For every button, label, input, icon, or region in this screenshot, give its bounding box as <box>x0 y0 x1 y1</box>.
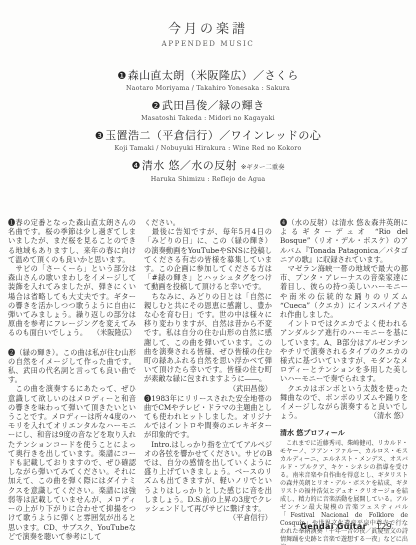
commentary-paragraph: ❹（水の反射）は清水 悠＆森井英朗によるギターデュオ “Rio del Bosq… <box>280 218 408 264</box>
item-number-badge: ❷ <box>152 101 161 112</box>
commentary-paragraph: ❷（緑の輝き）。この曲は私が住む山形の自然をイメージして作った曲です。私、武田の… <box>8 348 136 385</box>
paragraph-text: ❹（水の反射）は清水 悠＆森井英朗によるギターデュオ “Rio del Bosq… <box>280 218 408 264</box>
music-item-romaji: Naotaro Moriyama / Takahiro Yonesaka : S… <box>0 85 416 93</box>
music-item-title: ❸玉置浩二（平倉信行）／ワインレッドの心 <box>0 129 416 143</box>
music-item-romaji: Koji Tamaki / Nobuyuki Hirakura : Wine R… <box>0 145 416 153</box>
music-list: ❶森山直太朗（米阪隆広）／さくら Naotaro Moriyama / Taka… <box>0 69 416 184</box>
page-title: 今月の楽譜 <box>0 22 416 38</box>
paragraph-text: ちなみに、みどりの日とは「自然に親しむと共にその恩恵に感謝し、豊かな心を育む日」… <box>144 292 272 384</box>
music-item-title-text: 武田昌俊／緑の輝き <box>162 99 265 112</box>
music-list-item-3: ❸玉置浩二（平倉信行）／ワインレッドの心 Koji Tamaki / Nobuy… <box>0 129 416 153</box>
paragraph-text: サビの「さーくーら」という部分は森山さんの歌いまわしをイメージして装飾を入れてみ… <box>8 264 136 337</box>
commentary-paragraph: ❶春の定番となった森山直太朗さんの名曲です。桜の季節は少し過ぎてしまいましたが、… <box>8 218 136 264</box>
commentary-paragraph: サビの「さーくーら」という部分は森山さんの歌いまわしをイメージして装飾を入れてみ… <box>8 264 136 338</box>
paragraph-text: マゼラン海峡一帯の地域で最大の都市、プンタ・アレーナスの音楽家達に着目し、彼らの… <box>280 264 408 319</box>
commentary-paragraph: クエカはボンボという太鼓を使った舞曲なので、ボンボのリズムや踊りをイメージしなが… <box>280 384 408 421</box>
commentary-paragraph: ❸1983年にリリースされた安全地帯の曲でCMやテレビ・ドラマの主題曲としても使… <box>144 394 272 440</box>
paragraph-text: ❸1983年にリリースされた安全地帯の曲でCMやテレビ・ドラマの主題曲としても使… <box>144 394 272 440</box>
magazine-page: 今月の楽譜 APPENDED MUSIC ❶森山直太朗（米阪隆広）／さくら Na… <box>0 0 416 545</box>
page-footer: Gendai Guitar129 <box>300 522 392 531</box>
page-subtitle: APPENDED MUSIC <box>0 40 416 49</box>
text-column-2: ください。 最後に告知ですが、毎年5月4日の「みどりの日」に、この（緑の輝き）の… <box>144 218 272 545</box>
paragraph-text: この曲を演奏するにあたって、ぜひ意識して欲しいのはメロディーと和音の響きを味わっ… <box>8 384 136 540</box>
paragraph-text: イントロではクエカでよく使われるアンダルシア進行のハーモニーを基にしています。A… <box>280 319 408 383</box>
item-number-badge: ❶ <box>117 71 126 82</box>
text-column-3: ❹（水の反射）は清水 悠＆森井英朗によるギターデュオ “Rio del Bosq… <box>280 218 408 545</box>
music-item-title: ❶森山直太朗（米阪隆広）／さくら <box>0 69 416 83</box>
commentary-columns: ❶春の定番となった森山直太朗さんの名曲です。桜の季節は少し過ぎてしまいましたが、… <box>8 218 408 545</box>
music-item-title: ❷武田昌俊／緑の輝き <box>0 99 416 113</box>
page-header: 今月の楽譜 APPENDED MUSIC <box>0 0 416 49</box>
music-item-romaji: Masatoshi Takeda : Midori no Kagayaki <box>0 115 416 123</box>
music-item-title-text: 清水 悠／水の反射 <box>142 159 237 172</box>
magazine-name: Gendai Guitar <box>300 522 366 531</box>
author-credit: （米阪隆広） <box>93 328 136 337</box>
paragraph-text: ❶春の定番となった森山直太朗さんの名曲です。桜の季節は少し過ぎてしまいましたが、… <box>8 218 136 264</box>
item-number-badge: ❹ <box>131 161 140 172</box>
duet-note: ※ギター二重奏 <box>241 163 285 171</box>
music-list-item-2: ❷武田昌俊／緑の輝き Masatoshi Takeda : Midori no … <box>0 99 416 123</box>
commentary-paragraph: イントロではクエカでよく使われるアンダルシア進行のハーモニーを基にしています。A… <box>280 319 408 383</box>
music-list-item-1: ❶森山直太朗（米阪隆広）／さくら Naotaro Moriyama / Taka… <box>0 69 416 93</box>
item-number-badge: ❸ <box>95 131 104 142</box>
text-column-1: ❶春の定番となった森山直太朗さんの名曲です。桜の季節は少し過ぎてしまいましたが、… <box>8 218 136 545</box>
music-item-romaji: Haruka Shimizu : Reflejo de Agua <box>0 176 416 184</box>
author-credit: （清水 悠） <box>370 411 408 420</box>
paragraph-text: ください。 <box>144 218 180 227</box>
commentary-paragraph: マゼラン海峡一帯の地域で最大の都市、プンタ・アレーナスの音楽家達に着目し、彼らの… <box>280 264 408 319</box>
paragraph-text: 最後に告知ですが、毎年5月4日の「みどりの日」に、この（緑の輝き）の演奏動画をY… <box>144 227 272 291</box>
music-item-title: ❹清水 悠／水の反射※ギター二重奏 <box>0 159 416 174</box>
profile-heading: 清水 悠プロフィール <box>280 429 408 438</box>
commentary-paragraph: ちなみに、みどりの日とは「自然に親しむと共にその恩恵に感謝し、豊かな心を育む日」… <box>144 292 272 384</box>
commentary-paragraph: 最後に告知ですが、毎年5月4日の「みどりの日」に、この（緑の輝き）の演奏動画をY… <box>144 227 272 291</box>
author-credit: （平倉信行） <box>229 513 272 522</box>
paragraph-text: Intro.はしっかり指を立ててアルペジオの各弦を響かせてください。サビのBでは… <box>144 440 272 513</box>
page-number: 129 <box>376 522 392 531</box>
paragraph-text: ❷（緑の輝き）。この曲は私が住む山形の自然をイメージして作った曲です。私、武田の… <box>8 348 136 385</box>
commentary-paragraph: ください。 <box>144 218 272 227</box>
music-item-title-text: 森山直太朗（米阪隆広）／さくら <box>128 69 299 82</box>
commentary-paragraph: この曲を演奏するにあたって、ぜひ意識して欲しいのはメロディーと和音の響きを味わっ… <box>8 384 136 540</box>
author-credit: （武田昌俊） <box>229 384 272 393</box>
commentary-paragraph: Intro.はしっかり指を立ててアルペジオの各弦を響かせてください。サビのBでは… <box>144 440 272 514</box>
music-item-title-text: 玉置浩二（平倉信行）／ワインレッドの心 <box>105 129 321 142</box>
music-list-item-4: ❹清水 悠／水の反射※ギター二重奏 Haruka Shimizu : Refle… <box>0 159 416 184</box>
